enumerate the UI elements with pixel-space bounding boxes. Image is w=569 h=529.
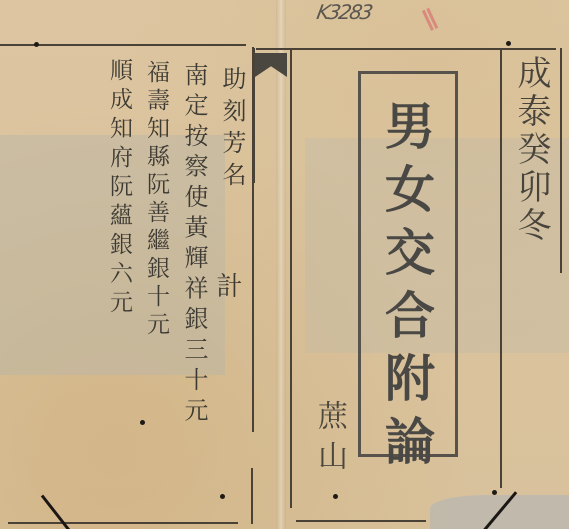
ink-dot xyxy=(333,494,338,499)
donor-entry-1: 南定按察使黃輝祥銀三十元 xyxy=(180,62,208,428)
center-fold xyxy=(276,0,286,529)
right-page-bottom-border xyxy=(296,520,426,522)
donor-heading-suffix: 計 xyxy=(214,272,240,300)
publication-date: 成泰癸卯冬 xyxy=(512,55,550,245)
left-inner-rule xyxy=(252,47,254,432)
ink-dot xyxy=(140,420,145,425)
author-name: 蔗山 xyxy=(312,400,346,480)
ink-dot xyxy=(492,490,497,495)
ink-dot xyxy=(34,42,39,47)
left-page-bottom-border xyxy=(8,522,238,524)
donor-entry-3: 順成知府阮蘊銀六元 xyxy=(105,58,133,319)
donor-heading: 助刻芳名 xyxy=(218,66,246,194)
left-inner-rule-bottom xyxy=(251,468,253,524)
ink-dot xyxy=(506,41,511,46)
pencil-shelfmark: K3283 xyxy=(315,0,373,24)
donor-entry-2: 福壽知縣阮善繼銀十元 xyxy=(142,60,170,340)
ink-dot xyxy=(220,494,225,499)
book-title: 男女交合附論 xyxy=(378,100,434,478)
right-page-divider-rule xyxy=(500,48,502,488)
right-page-outer-left-rule xyxy=(290,48,292,508)
right-page-outer-right-rule xyxy=(560,48,562,273)
right-page-top-border xyxy=(256,48,556,50)
